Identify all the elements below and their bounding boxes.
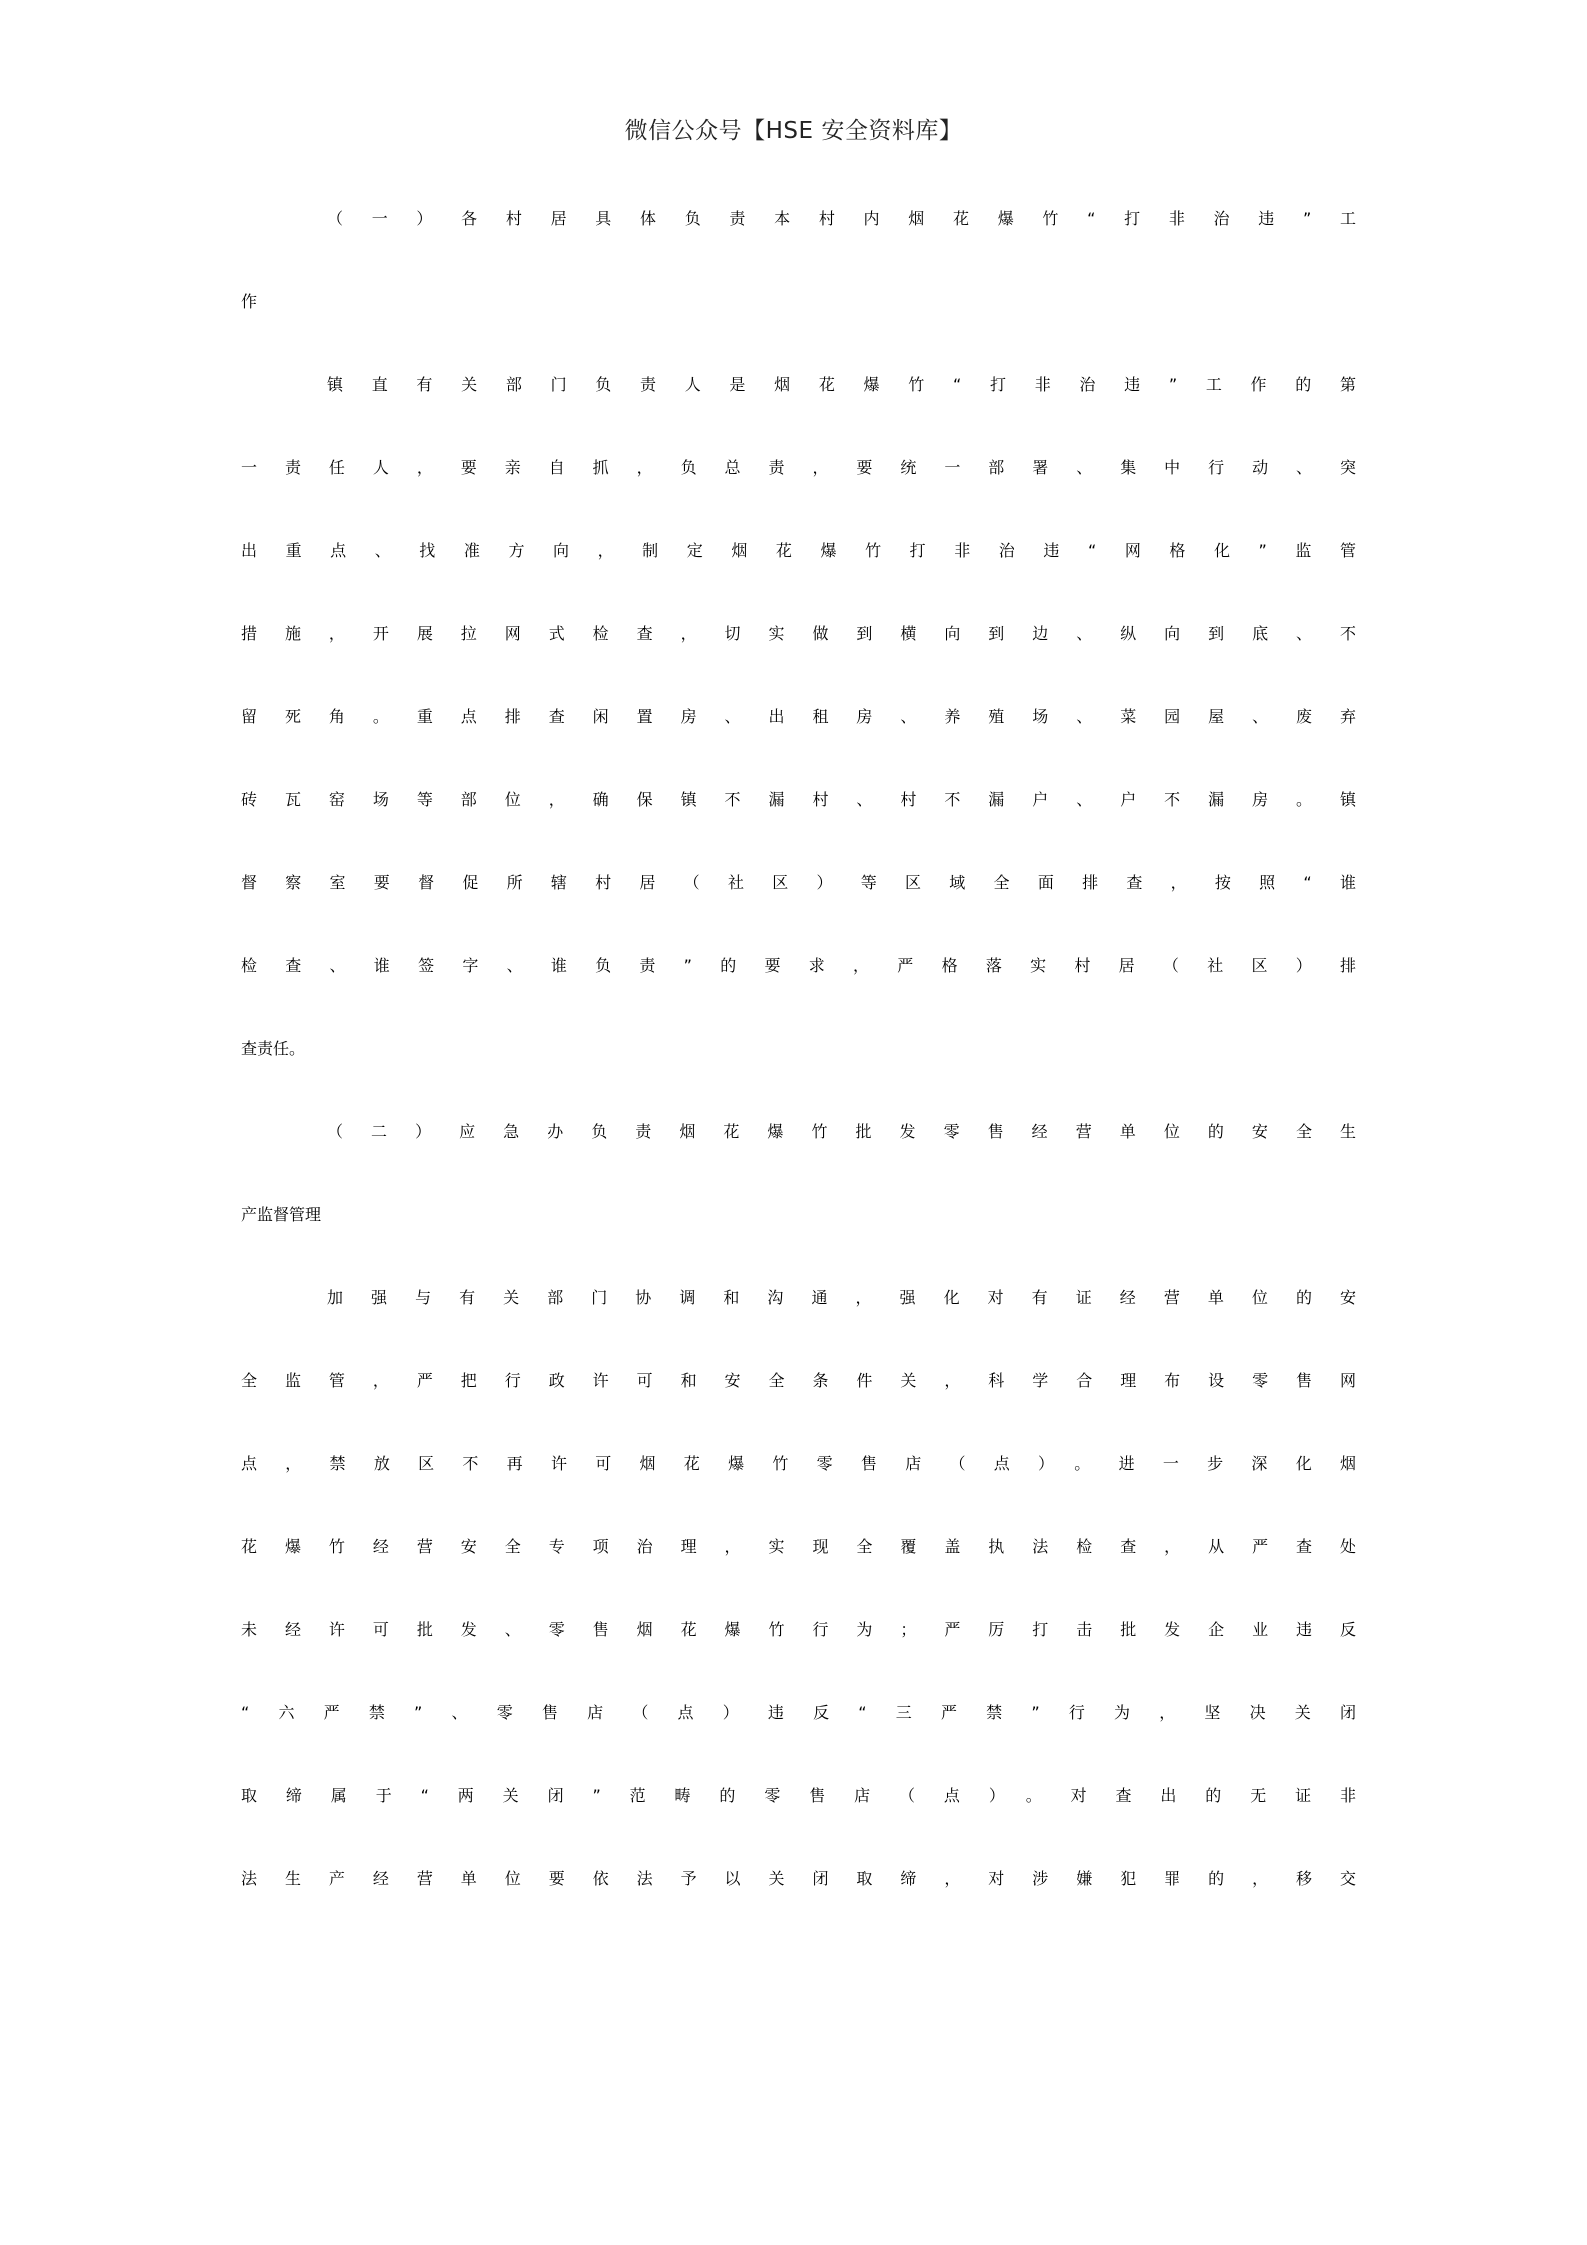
body-line: 加强与有关部门协调和沟通，强化对有证经营单位的安 [241, 1285, 1356, 1368]
heading-line: （一）各村居具体负责本村内烟花爆竹“打非治违”工 [241, 206, 1356, 289]
section-body-1: 镇直有关部门负责人是烟花爆竹“打非治违”工作的第 一责任人，要亲自抓，负总责，要… [241, 372, 1356, 1119]
heading-line: 产监督管理 [241, 1202, 1356, 1285]
body-line: 未经许可批发、零售烟花爆竹行为；严厉打击批发企业违反 [241, 1617, 1356, 1700]
body-line: 检查、谁签字、谁负责”的要求，严格落实村居（社区）排 [241, 953, 1356, 1036]
body-line: 砖瓦窑场等部位，确保镇不漏村、村不漏户、户不漏房。镇 [241, 787, 1356, 870]
section-body-2: 加强与有关部门协调和沟通，强化对有证经营单位的安 全监管，严把行政许可和安全条件… [241, 1285, 1356, 1949]
body-line: 出重点、找准方向，制定烟花爆竹打非治违“网格化”监管 [241, 538, 1356, 621]
source-note: 微信公众号【HSE 安全资料库】 [0, 112, 1587, 145]
body-line: 法生产经营单位要依法予以关闭取缔，对涉嫌犯罪的，移交 [241, 1866, 1356, 1949]
body-line: 花爆竹经营安全专项治理，实现全覆盖执法检查，从严查处 [241, 1534, 1356, 1617]
body-line: 镇直有关部门负责人是烟花爆竹“打非治违”工作的第 [241, 372, 1356, 455]
heading-line: （二）应急办负责烟花爆竹批发零售经营单位的安全生 [241, 1119, 1356, 1202]
section-heading-2: （二）应急办负责烟花爆竹批发零售经营单位的安全生 产监督管理 [241, 1119, 1356, 1285]
heading-line: 作 [241, 289, 1356, 372]
body-line: 查责任。 [241, 1036, 1356, 1119]
body-line: 一责任人，要亲自抓，负总责，要统一部署、集中行动、突 [241, 455, 1356, 538]
body-line: 全监管，严把行政许可和安全条件关，科学合理布设零售网 [241, 1368, 1356, 1451]
body-line: 措施，开展拉网式检查，切实做到横向到边、纵向到底、不 [241, 621, 1356, 704]
body-line: 点，禁放区不再许可烟花爆竹零售店（点）。进一步深化烟 [241, 1451, 1356, 1534]
body-line: “六严禁”、零售店（点）违反“三严禁”行为，坚决关闭 [241, 1700, 1356, 1783]
document-body: （一）各村居具体负责本村内烟花爆竹“打非治违”工 作 镇直有关部门负责人是烟花爆… [241, 206, 1356, 1949]
body-line: 取缔属于“两关闭”范畴的零售店（点）。对查出的无证非 [241, 1783, 1356, 1866]
section-heading-1: （一）各村居具体负责本村内烟花爆竹“打非治违”工 作 [241, 206, 1356, 372]
body-line: 留死角。重点排查闲置房、出租房、养殖场、菜园屋、废弃 [241, 704, 1356, 787]
body-line: 督察室要督促所辖村居（社区）等区域全面排查，按照“谁 [241, 870, 1356, 953]
